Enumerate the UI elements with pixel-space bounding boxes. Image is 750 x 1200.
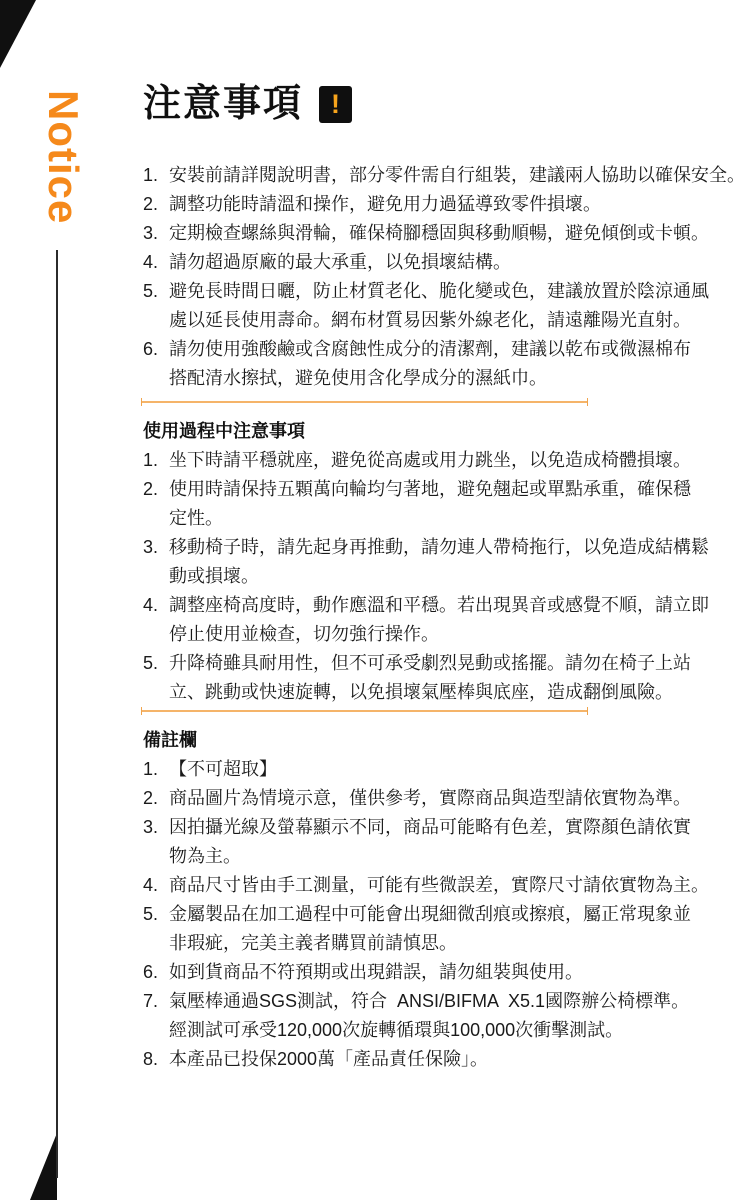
notice-vertical-label: Notice xyxy=(42,90,84,224)
item-number: 4. xyxy=(143,248,169,277)
list-item: 4.調整座椅高度時，動作應溫和平穩。若出現異音或感覺不順，請立即 停止使用並檢查… xyxy=(143,591,718,649)
item-text: 調整座椅高度時，動作應溫和平穩。若出現異音或感覺不順，請立即 停止使用並檢查，切… xyxy=(169,591,709,649)
item-text: 請勿使用強酸鹼或含腐蝕性成分的清潔劑，建議以乾布或微濕棉布 搭配清水擦拭，避免使… xyxy=(169,335,691,393)
item-number: 6. xyxy=(143,335,169,364)
list-item: 4.商品尺寸皆由手工測量，可能有些微誤差，實際尺寸請依實物為主。 xyxy=(143,871,718,900)
item-number: 2. xyxy=(143,784,169,813)
item-text: 如到貨商品不符預期或出現錯誤，請勿組裝與使用。 xyxy=(169,958,583,987)
item-text: 使用時請保持五顆萬向輪均勻著地，避免翹起或單點承重，確保穩 定性。 xyxy=(169,475,691,533)
vertical-rule xyxy=(56,250,58,1178)
list-item: 5.避免長時間日曬，防止材質老化、脆化變或色，建議放置於陰涼通風 處以延長使用壽… xyxy=(143,277,718,335)
remarks-notice-list: 1.【不可超取】 2.商品圖片為情境示意，僅供參考，實際商品與造型請依實物為準。… xyxy=(143,755,718,1074)
remarks-section-header: 備註欄 xyxy=(143,726,718,755)
section-divider xyxy=(141,710,588,712)
page-title: 注意事項 xyxy=(143,84,303,124)
main-content: 注意事項 ! 1.安裝前請詳閱說明書，部分零件需自行組裝，建議兩人協助以確保安全… xyxy=(143,84,718,1074)
list-item: 3.定期檢查螺絲與滑輪，確保椅腳穩固與移動順暢，避免傾倒或卡頓。 xyxy=(143,219,718,248)
item-text: 移動椅子時，請先起身再推動，請勿連人帶椅拖行，以免造成結構鬆 動或損壞。 xyxy=(169,533,709,591)
item-text: 商品尺寸皆由手工測量，可能有些微誤差，實際尺寸請依實物為主。 xyxy=(169,871,709,900)
list-item: 2.調整功能時請溫和操作，避免用力過猛導致零件損壞。 xyxy=(143,190,718,219)
item-text: 安裝前請詳閱說明書，部分零件需自行組裝，建議兩人協助以確保安全。 xyxy=(169,161,745,190)
list-item: 6.如到貨商品不符預期或出現錯誤，請勿組裝與使用。 xyxy=(143,958,718,987)
item-text: 金屬製品在加工過程中可能會出現細微刮痕或擦痕，屬正常現象並 非瑕疵，完美主義者購… xyxy=(169,900,691,958)
item-text: 調整功能時請溫和操作，避免用力過猛導致零件損壞。 xyxy=(169,190,601,219)
notice-page: Notice 注意事項 ! 1.安裝前請詳閱說明書，部分零件需自行組裝，建議兩人… xyxy=(0,0,750,1200)
item-number: 3. xyxy=(143,813,169,842)
item-number: 6. xyxy=(143,958,169,987)
item-text: 商品圖片為情境示意，僅供參考，實際商品與造型請依實物為準。 xyxy=(169,784,691,813)
item-text: 【不可超取】 xyxy=(169,755,277,784)
item-number: 3. xyxy=(143,219,169,248)
list-item: 1.安裝前請詳閱說明書，部分零件需自行組裝，建議兩人協助以確保安全。 xyxy=(143,161,718,190)
item-number: 3. xyxy=(143,533,169,562)
list-item: 8.本產品已投保2000萬「產品責任保險」。 xyxy=(143,1045,718,1074)
item-text: 氣壓棒通過SGS測試，符合 ANSI/BIFMA X5.1國際辦公椅標準。 經測… xyxy=(169,987,689,1045)
item-number: 5. xyxy=(143,649,169,678)
list-item: 3.因拍攝光線及螢幕顯示不同，商品可能略有色差，實際顏色請依實 物為主。 xyxy=(143,813,718,871)
list-item: 7.氣壓棒通過SGS測試，符合 ANSI/BIFMA X5.1國際辦公椅標準。 … xyxy=(143,987,718,1045)
list-item: 5.金屬製品在加工過程中可能會出現細微刮痕或擦痕，屬正常現象並 非瑕疵，完美主義… xyxy=(143,900,718,958)
list-item: 6.請勿使用強酸鹼或含腐蝕性成分的清潔劑，建議以乾布或微濕棉布 搭配清水擦拭，避… xyxy=(143,335,718,393)
item-text: 本產品已投保2000萬「產品責任保險」。 xyxy=(169,1045,488,1074)
corner-accent-top xyxy=(0,0,36,68)
usage-section-header: 使用過程中注意事項 xyxy=(143,417,718,446)
item-number: 2. xyxy=(143,475,169,504)
item-text: 因拍攝光線及螢幕顯示不同，商品可能略有色差，實際顏色請依實 物為主。 xyxy=(169,813,691,871)
exclamation-icon: ! xyxy=(319,86,352,123)
item-text: 坐下時請平穩就座，避免從高處或用力跳坐，以免造成椅體損壞。 xyxy=(169,446,691,475)
list-item: 1.坐下時請平穩就座，避免從高處或用力跳坐，以免造成椅體損壞。 xyxy=(143,446,718,475)
general-notice-list: 1.安裝前請詳閱說明書，部分零件需自行組裝，建議兩人協助以確保安全。 2.調整功… xyxy=(143,161,718,393)
list-item: 1.【不可超取】 xyxy=(143,755,718,784)
item-number: 1. xyxy=(143,446,169,475)
usage-notice-list: 1.坐下時請平穩就座，避免從高處或用力跳坐，以免造成椅體損壞。 2.使用時請保持… xyxy=(143,446,718,707)
item-number: 8. xyxy=(143,1045,169,1074)
list-item: 2.商品圖片為情境示意，僅供參考，實際商品與造型請依實物為準。 xyxy=(143,784,718,813)
list-item: 4.請勿超過原廠的最大承重，以免損壞結構。 xyxy=(143,248,718,277)
list-item: 3.移動椅子時，請先起身再推動，請勿連人帶椅拖行，以免造成結構鬆 動或損壞。 xyxy=(143,533,718,591)
item-text: 避免長時間日曬，防止材質老化、脆化變或色，建議放置於陰涼通風 處以延長使用壽命。… xyxy=(169,277,709,335)
item-number: 5. xyxy=(143,900,169,929)
title-row: 注意事項 ! xyxy=(143,84,718,124)
list-item: 5.升降椅雖具耐用性，但不可承受劇烈晃動或搖擺。請勿在椅子上站 立、跳動或快速旋… xyxy=(143,649,718,707)
item-text: 請勿超過原廠的最大承重，以免損壞結構。 xyxy=(169,248,511,277)
section-divider xyxy=(141,401,588,403)
item-number: 7. xyxy=(143,987,169,1016)
item-number: 5. xyxy=(143,277,169,306)
item-number: 4. xyxy=(143,871,169,900)
item-text: 定期檢查螺絲與滑輪，確保椅腳穩固與移動順暢，避免傾倒或卡頓。 xyxy=(169,219,709,248)
item-number: 2. xyxy=(143,190,169,219)
item-text: 升降椅雖具耐用性，但不可承受劇烈晃動或搖擺。請勿在椅子上站 立、跳動或快速旋轉，… xyxy=(169,649,691,707)
list-item: 2.使用時請保持五顆萬向輪均勻著地，避免翹起或單點承重，確保穩 定性。 xyxy=(143,475,718,533)
item-number: 1. xyxy=(143,161,169,190)
item-number: 4. xyxy=(143,591,169,620)
corner-accent-bottom xyxy=(30,1133,57,1200)
item-number: 1. xyxy=(143,755,169,784)
